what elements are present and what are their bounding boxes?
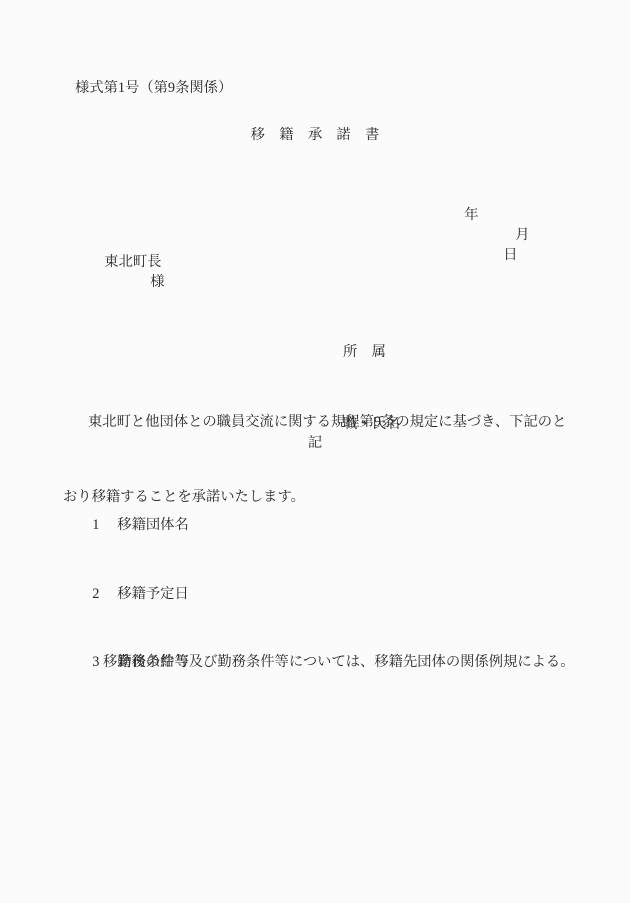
date-year-label: 年 [464, 207, 478, 223]
document-title: 移 籍 承 諾 書 [0, 124, 630, 144]
item-number: 1 [92, 517, 117, 534]
document-page: 様式第1号（第9条関係） 移 籍 承 諾 書 年 月 日 東北町長 様 所 属 … [0, 0, 630, 903]
item-number: 2 [92, 586, 117, 603]
item-label: 移籍団体名 [117, 517, 188, 533]
list-item-transfer-organization: 1移籍団体名 [78, 497, 189, 551]
addressee-name: 東北町長 [104, 254, 161, 270]
record-marker: 記 [0, 432, 630, 452]
addressee-honorific: 様 [150, 274, 164, 290]
item-label: 移籍予定日 [117, 586, 188, 602]
date-day-label: 日 [503, 247, 517, 263]
item-detail-work-conditions: 移籍後の給与及び勤務条件等については、移籍先団体の関係例規による。 [103, 651, 575, 671]
date-line: 年 月 日 [450, 187, 530, 281]
addressee-line: 東北町長 様 [90, 234, 165, 308]
list-item-transfer-date: 2移籍予定日 [78, 566, 189, 620]
date-month-label: 月 [515, 227, 529, 243]
form-number: 様式第1号（第9条関係） [75, 77, 232, 97]
